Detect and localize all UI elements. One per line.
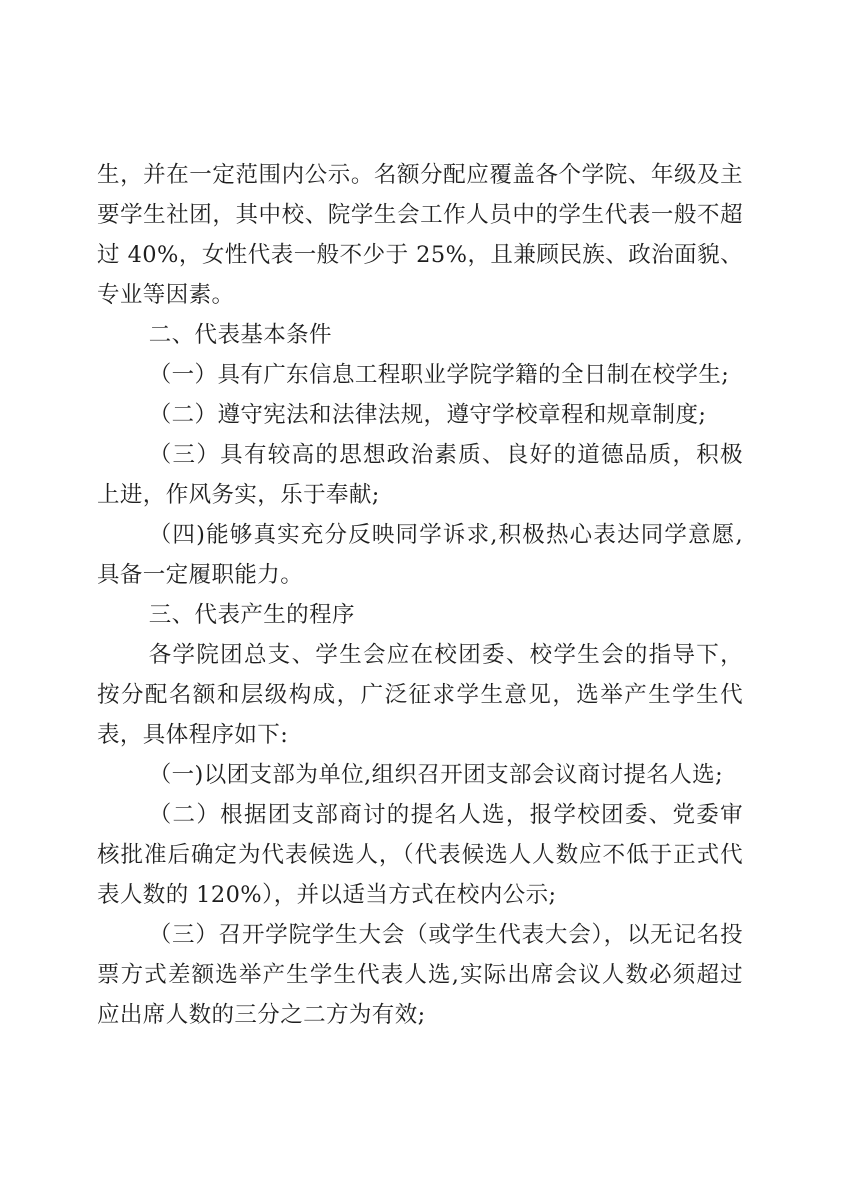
paragraph: 生，并在一定范围内公示。名额分配应覆盖各个学院、年级及主要学生社团，其中校、院学… [97,155,743,315]
paragraph: （三）具有较高的思想政治素质、良好的道德品质，积极上进，作风务实，乐于奉献; [97,435,743,515]
text-content: 生，并在一定范围内公示。名额分配应覆盖各个学院、年级及主要学生社团，其中校、院学… [97,155,743,1035]
paragraph: （二）遵守宪法和法律法规，遵守学校章程和规章制度; [97,395,743,435]
paragraph: （一）具有广东信息工程职业学院学籍的全日制在校学生; [97,355,743,395]
document-page: 生，并在一定范围内公示。名额分配应覆盖各个学院、年级及主要学生社团，其中校、院学… [0,0,849,1200]
paragraph: 三、代表产生的程序 [97,595,743,635]
paragraph: 二、代表基本条件 [97,315,743,355]
paragraph: （三）召开学院学生大会（或学生代表大会），以无记名投票方式差额选举产生学生代表人… [97,915,743,1035]
paragraph: 各学院团总支、学生会应在校团委、校学生会的指导下，按分配名额和层级构成，广泛征求… [97,635,743,755]
paragraph: （二）根据团支部商讨的提名人选，报学校团委、党委审核批准后确定为代表候选人，（代… [97,795,743,915]
paragraph: （一)以团支部为单位,组织召开团支部会议商讨提名人选; [97,755,743,795]
paragraph: （四)能够真实充分反映同学诉求,积极热心表达同学意愿,具备一定履职能力。 [97,515,743,595]
